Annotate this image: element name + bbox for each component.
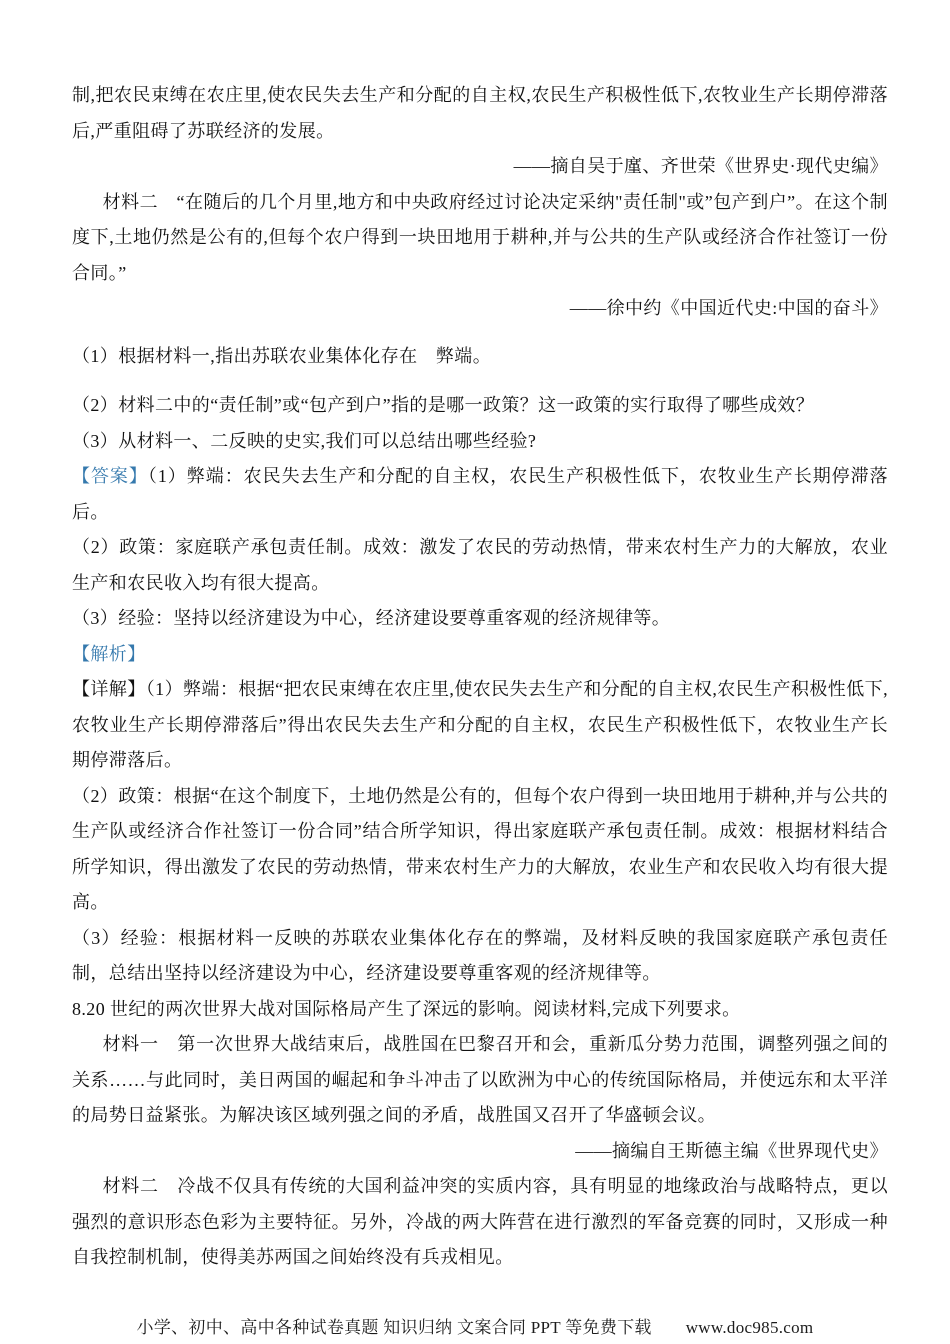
analysis-heading: 【解析】 [72,637,888,673]
source-attribution-world-history: ——摘自吴于廑、齐世荣《世界史·现代史编》 [72,149,888,185]
answer-part-1: 【答案】（1）弊端：农民失去生产和分配的自主权，农民生产积极性低下，农牧业生产长… [72,459,888,530]
explanation-part-1-text: （1）弊端：根据“把农民束缚在农庄里,使农民失去生产和分配的自主权,农民生产积极… [72,679,888,770]
analysis-label: 【解析】 [72,644,146,664]
material-two-quote: 材料二 “在随后的几个月里,地方和中央政府经过讨论决定采纳"责任制"或”包产到户… [72,185,888,292]
q8-material-two: 材料二 冷战不仅具有传统的大国利益冲突的实质内容，具有明显的地缘政治与战略特点，… [72,1169,888,1276]
explanation-part-1: 【详解】（1）弊端：根据“把农民束缚在农庄里,使农民失去生产和分配的自主权,农民… [72,672,888,779]
footer: 小学、初中、高中各种试卷真题 知识归纳 文案合同 PPT 等免费下载www.do… [0,1316,950,1340]
q8-material-one: 材料一 第一次世界大战结束后，战胜国在巴黎召开和会，重新瓜分势力范围，调整列强之… [72,1027,888,1134]
question-8-stem: 8.20 世纪的两次世界大战对国际格局产生了深远的影响。阅读材料,完成下列要求。 [72,992,888,1028]
answer-part-3: （3）经验：坚持以经济建设为中心，经济建设要尊重客观的经济规律等。 [72,601,888,637]
document-content: 制,把农民束缚在农庄里,使农民失去生产和分配的自主权,农民生产积极性低下,农牧业… [72,78,888,1276]
answer-part-1-text: （1）弊端：农民失去生产和分配的自主权，农民生产积极性低下，农牧业生产长期停滞落… [72,466,888,522]
source-attribution-wang-side: ——摘编自王斯德主编《世界现代史》 [72,1134,888,1170]
explanation-label: 【详解】 [72,679,146,699]
answer-label: 【答案】 [72,466,148,486]
footer-url-link[interactable]: www.doc985.com [686,1318,814,1337]
answer-part-2: （2）政策：家庭联产承包责任制。成效：激发了农民的劳动热情，带来农村生产力的大解… [72,530,888,601]
source-attribution-xu-zhongyue: ——徐中约《中国近代史:中国的奋斗》 [72,291,888,327]
explanation-part-2: （2）政策：根据“在这个制度下，土地仍然是公有的，但每个农户得到一块田地用于耕种… [72,779,888,921]
question-7-part-1: （1）根据材料一,指出苏联农业集体化存在 弊端。 [72,339,888,375]
footer-text: 小学、初中、高中各种试卷真题 知识归纳 文案合同 PPT 等免费下载 [137,1318,652,1337]
question-7-part-3: （3）从材料一、二反映的史实,我们可以总结出哪些经验? [72,424,888,460]
explanation-part-3: （3）经验：根据材料一反映的苏联农业集体化存在的弊端，及材料反映的我国家庭联产承… [72,921,888,992]
material-one-continuation: 制,把农民束缚在农庄里,使农民失去生产和分配的自主权,农民生产积极性低下,农牧业… [72,78,888,149]
question-7-part-2: （2）材料二中的“责任制”或“包产到户”指的是哪一政策？这一政策的实行取得了哪些… [72,388,888,424]
document-page: 制,把农民束缚在农庄里,使农民失去生产和分配的自主权,农民生产积极性低下,农牧业… [0,0,950,1344]
